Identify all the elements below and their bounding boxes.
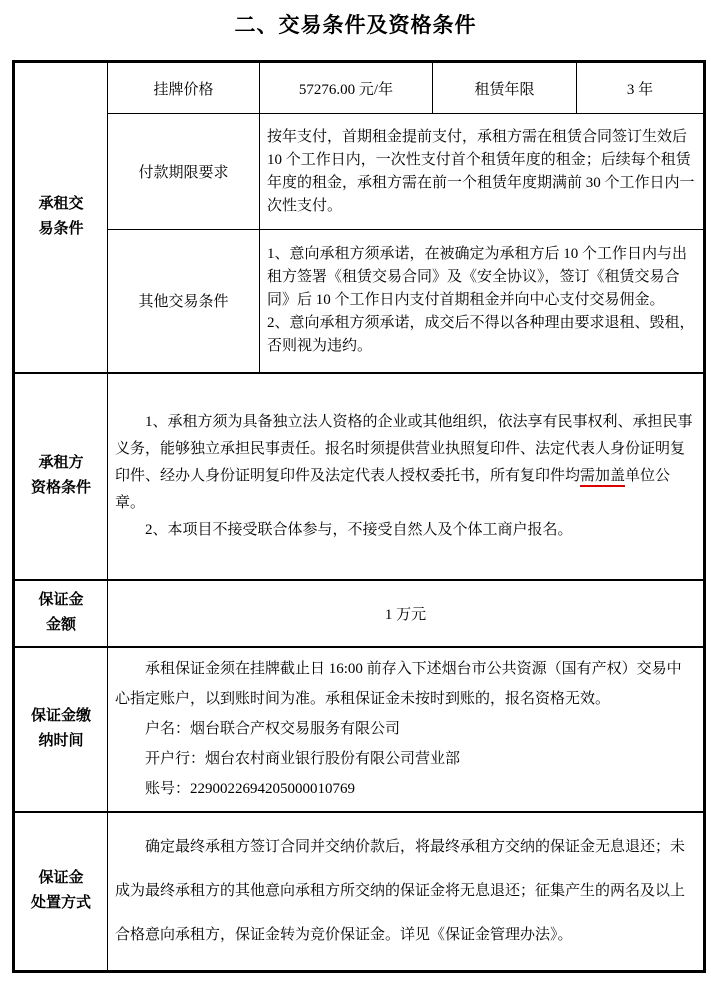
deposit-disposal-header-cell: 保证金 处置方式 (14, 812, 108, 972)
listing-price-label-cell: 挂牌价格 (108, 62, 260, 114)
deposit-disposal-text: 确定最终承租方签订合同并交纳价款后，将最终承租方交纳的保证金无息退还；未成为最终… (115, 825, 696, 957)
deposit-disposal-text-cell: 确定最终承租方签订合同并交纳价款后，将最终承租方交纳的保证金无息退还；未成为最终… (108, 812, 705, 972)
lease-term-label-cell: 租赁年限 (433, 62, 577, 114)
payment-terms-text-cell: 按年支付，首期租金提前支付，承租方需在租赁合同签订生效后 10 个工作日内，一次… (260, 114, 705, 230)
row-deposit-time: 保证金缴 纳时间 承租保证金须在挂牌截止日 16:00 前存入下述烟台市公共资源… (14, 647, 705, 812)
other-conditions-item-1: 1、意向承租方须承诺，在被确定为承租方后 10 个工作日内与出租方签署《租赁交易… (267, 243, 696, 312)
lease-term-value-cell: 3 年 (577, 62, 705, 114)
conditions-table: 承租交 易条件 挂牌价格 57276.00 元/年 租赁年限 3 年 付款期限要… (12, 60, 706, 973)
row-deposit-disposal: 保证金 处置方式 确定最终承租方签订合同并交纳价款后，将最终承租方交纳的保证金无… (14, 812, 705, 972)
qualification-item-2: 2、本项目不接受联合体参与，不接受自然人及个体工商户报名。 (115, 517, 696, 544)
deposit-time-text-cell: 承租保证金须在挂牌截止日 16:00 前存入下述烟台市公共资源（国有产权）交易中… (108, 647, 705, 812)
deposit-account-name: 户名：烟台联合产权交易服务有限公司 (115, 714, 696, 744)
deposit-amount-value-cell: 1 万元 (108, 580, 705, 647)
deposit-bank: 开户行：烟台农村商业银行股份有限公司营业部 (115, 744, 696, 774)
row-listing-price: 承租交 易条件 挂牌价格 57276.00 元/年 租赁年限 3 年 (14, 62, 705, 114)
deposit-account-number: 账号：2290022694205000010769 (115, 774, 696, 804)
page-title: 二、交易条件及资格条件 (0, 0, 711, 39)
qualification-header-cell: 承租方 资格条件 (14, 373, 108, 580)
row-deposit-amount: 保证金 金额 1 万元 (14, 580, 705, 647)
qualification-item-1: 1、承租方须为具备独立法人资格的企业或其他组织，依法享有民事权利、承担民事义务，… (115, 409, 696, 517)
payment-terms-label-cell: 付款期限要求 (108, 114, 260, 230)
payment-terms-text: 按年支付，首期租金提前支付，承租方需在租赁合同签订生效后 10 个工作日内，一次… (267, 126, 696, 218)
deposit-time-header-cell: 保证金缴 纳时间 (14, 647, 108, 812)
other-conditions-label-cell: 其他交易条件 (108, 230, 260, 373)
qualification-spellcheck-underline: 需加盖 (580, 468, 625, 487)
other-conditions-text-cell: 1、意向承租方须承诺，在被确定为承租方后 10 个工作日内与出租方签署《租赁交易… (260, 230, 705, 373)
row-other-conditions: 其他交易条件 1、意向承租方须承诺，在被确定为承租方后 10 个工作日内与出租方… (14, 230, 705, 373)
qualification-text-cell: 1、承租方须为具备独立法人资格的企业或其他组织，依法享有民事权利、承担民事义务，… (108, 373, 705, 580)
deposit-amount-header-cell: 保证金 金额 (14, 580, 108, 647)
document-page: 二、交易条件及资格条件 承租交 易条件 挂牌价格 57276.00 元/年 租赁… (0, 0, 711, 999)
row-payment-terms: 付款期限要求 按年支付，首期租金提前支付，承租方需在租赁合同签订生效后 10 个… (14, 114, 705, 230)
lease-conditions-header-cell: 承租交 易条件 (14, 62, 108, 373)
other-conditions-item-2: 2、意向承租方须承诺，成交后不得以各种理由要求退租、毁租，否则视为违约。 (267, 312, 696, 358)
row-qualification: 承租方 资格条件 1、承租方须为具备独立法人资格的企业或其他组织，依法享有民事权… (14, 373, 705, 580)
listing-price-value-cell: 57276.00 元/年 (260, 62, 433, 114)
deposit-time-intro: 承租保证金须在挂牌截止日 16:00 前存入下述烟台市公共资源（国有产权）交易中… (115, 654, 696, 714)
